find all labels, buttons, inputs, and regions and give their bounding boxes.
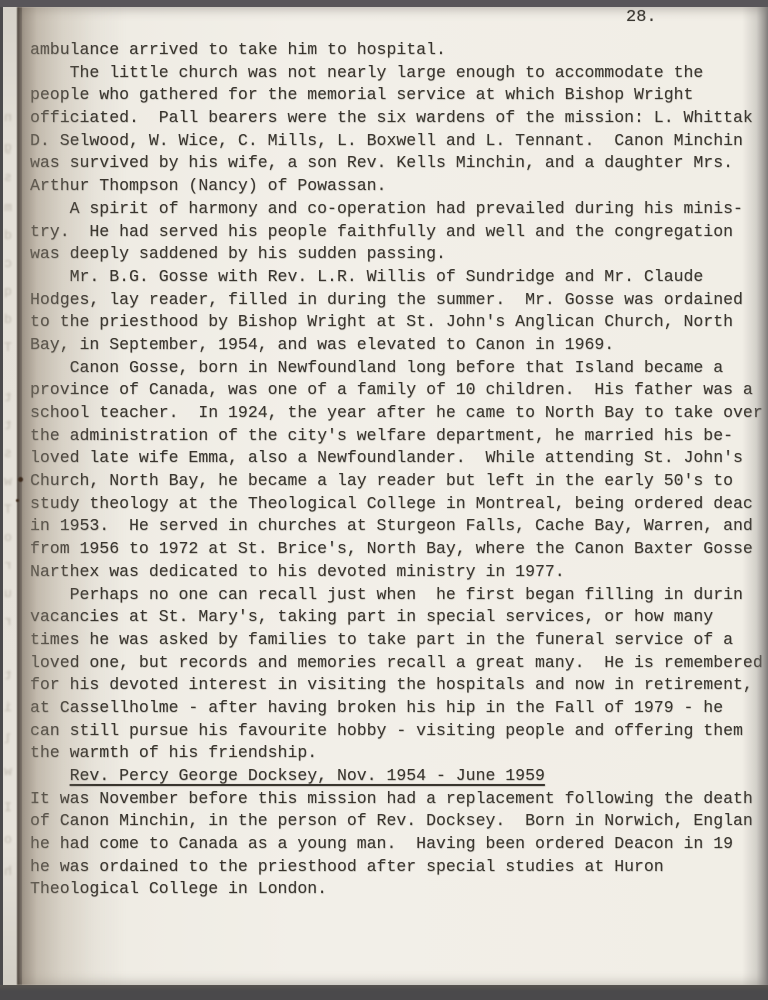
- ghost-letter: d: [4, 312, 12, 327]
- text-line: Canon Gosse, born in Newfoundland long b…: [30, 357, 768, 380]
- text-line: times he was asked by families to take p…: [30, 629, 768, 652]
- text-line: loved late wife Emma, also a Newfoundlan…: [30, 447, 768, 470]
- ghost-letter: r: [4, 558, 12, 573]
- ghost-letter: s: [4, 446, 12, 461]
- text-line: was survived by his wife, a son Rev. Kel…: [30, 152, 768, 175]
- ink-speck: [16, 499, 19, 502]
- ghost-letter: h: [4, 864, 12, 879]
- ghost-letter: u: [4, 586, 12, 601]
- ghost-letter: s: [4, 170, 12, 185]
- text-line: he was ordained to the priesthood after …: [30, 856, 768, 879]
- text-line: The little church was not nearly large e…: [30, 62, 768, 85]
- text-line: was deeply saddened by his sudden passin…: [30, 243, 768, 266]
- ghost-letter: o: [4, 832, 12, 847]
- text-line: he had come to Canada as a young man. Ha…: [30, 833, 768, 856]
- ghost-letter: q: [4, 284, 12, 299]
- text-line: Hodges, lay reader, filled in during the…: [30, 289, 768, 312]
- page-number: 28.: [626, 8, 657, 27]
- text-line: at Cassellholme - after having broken hi…: [30, 697, 768, 720]
- ghost-letter: w: [4, 474, 12, 489]
- ghost-letter: r: [4, 614, 12, 629]
- ghost-letter: l: [4, 732, 12, 747]
- text-line: of Canon Minchin, in the person of Rev. …: [30, 810, 768, 833]
- text-line: province of Canada, was one of a family …: [30, 379, 768, 402]
- text-line: vacancies at St. Mary's, taking part in …: [30, 606, 768, 629]
- text-line: ambulance arrived to take him to hospita…: [30, 39, 768, 62]
- ghost-letter: o: [4, 530, 12, 545]
- text-line: to the priesthood by Bishop Wright at St…: [30, 311, 768, 334]
- text-line: officiated. Pall bearers were the six wa…: [30, 107, 768, 130]
- page-right-edge-shadow: [742, 7, 768, 985]
- scan-top-border: [0, 0, 768, 7]
- ghost-letter: n: [4, 110, 12, 125]
- text-line: study theology at the Theological Colleg…: [30, 493, 768, 516]
- ghost-letter: t: [4, 668, 12, 683]
- text-line: for his devoted interest in visiting the…: [30, 674, 768, 697]
- text-line: D. Selwood, W. Wice, C. Mills, L. Boxwel…: [30, 130, 768, 153]
- text-line: can still pursue his favourite hobby - v…: [30, 720, 768, 743]
- ghost-letter: m: [4, 200, 12, 215]
- text-line: loved one, but records and memories reca…: [30, 652, 768, 675]
- ghost-letter: d: [4, 228, 12, 243]
- ghost-letter: i: [4, 700, 12, 715]
- text-line: It was November before this mission had …: [30, 788, 768, 811]
- ghost-letter: T: [4, 340, 12, 355]
- scanned-document-page: ngsmdcqdTttswTorurtilwIoh ambulance arri…: [0, 0, 768, 1000]
- text-line: Church, North Bay, he became a lay reade…: [30, 470, 768, 493]
- text-line: Narthex was dedicated to his devoted min…: [30, 561, 768, 584]
- ghost-letter: I: [4, 800, 12, 815]
- text-line: A spirit of harmony and co-operation had…: [30, 198, 768, 221]
- text-line: Mr. B.G. Gosse with Rev. L.R. Willis of …: [30, 266, 768, 289]
- text-line: Bay, in September, 1954, and was elevate…: [30, 334, 768, 357]
- text-line: Perhaps no one can recall just when he f…: [30, 584, 768, 607]
- text-line: people who gathered for the memorial ser…: [30, 84, 768, 107]
- ghost-letter: g: [4, 140, 12, 155]
- text-line: the administration of the city's welfare…: [30, 425, 768, 448]
- text-line: try. He had served his people faithfully…: [30, 221, 768, 244]
- text-line: school teacher. In 1924, the year after …: [30, 402, 768, 425]
- ghost-letter: t: [4, 390, 12, 405]
- ink-speck: [18, 477, 23, 482]
- text-line: the warmth of his friendship.: [30, 742, 768, 765]
- previous-page-edge: ngsmdcqdTttswTorurtilwIoh: [3, 7, 18, 985]
- text-line: from 1956 to 1972 at St. Brice's, North …: [30, 538, 768, 561]
- text-line: Arthur Thompson (Nancy) of Powassan.: [30, 175, 768, 198]
- section-heading-line: Rev. Percy George Docksey, Nov. 1954 - J…: [30, 765, 768, 788]
- ghost-letter: T: [4, 502, 12, 517]
- scan-bottom-border: [0, 985, 768, 1000]
- ghost-letter: c: [4, 256, 12, 271]
- ghost-letter: t: [4, 418, 12, 433]
- text-line: Theological College in London.: [30, 878, 768, 901]
- text-line: in 1953. He served in churches at Sturge…: [30, 515, 768, 538]
- ghost-letter: w: [4, 764, 12, 779]
- document-text: ambulance arrived to take him to hospita…: [30, 39, 768, 901]
